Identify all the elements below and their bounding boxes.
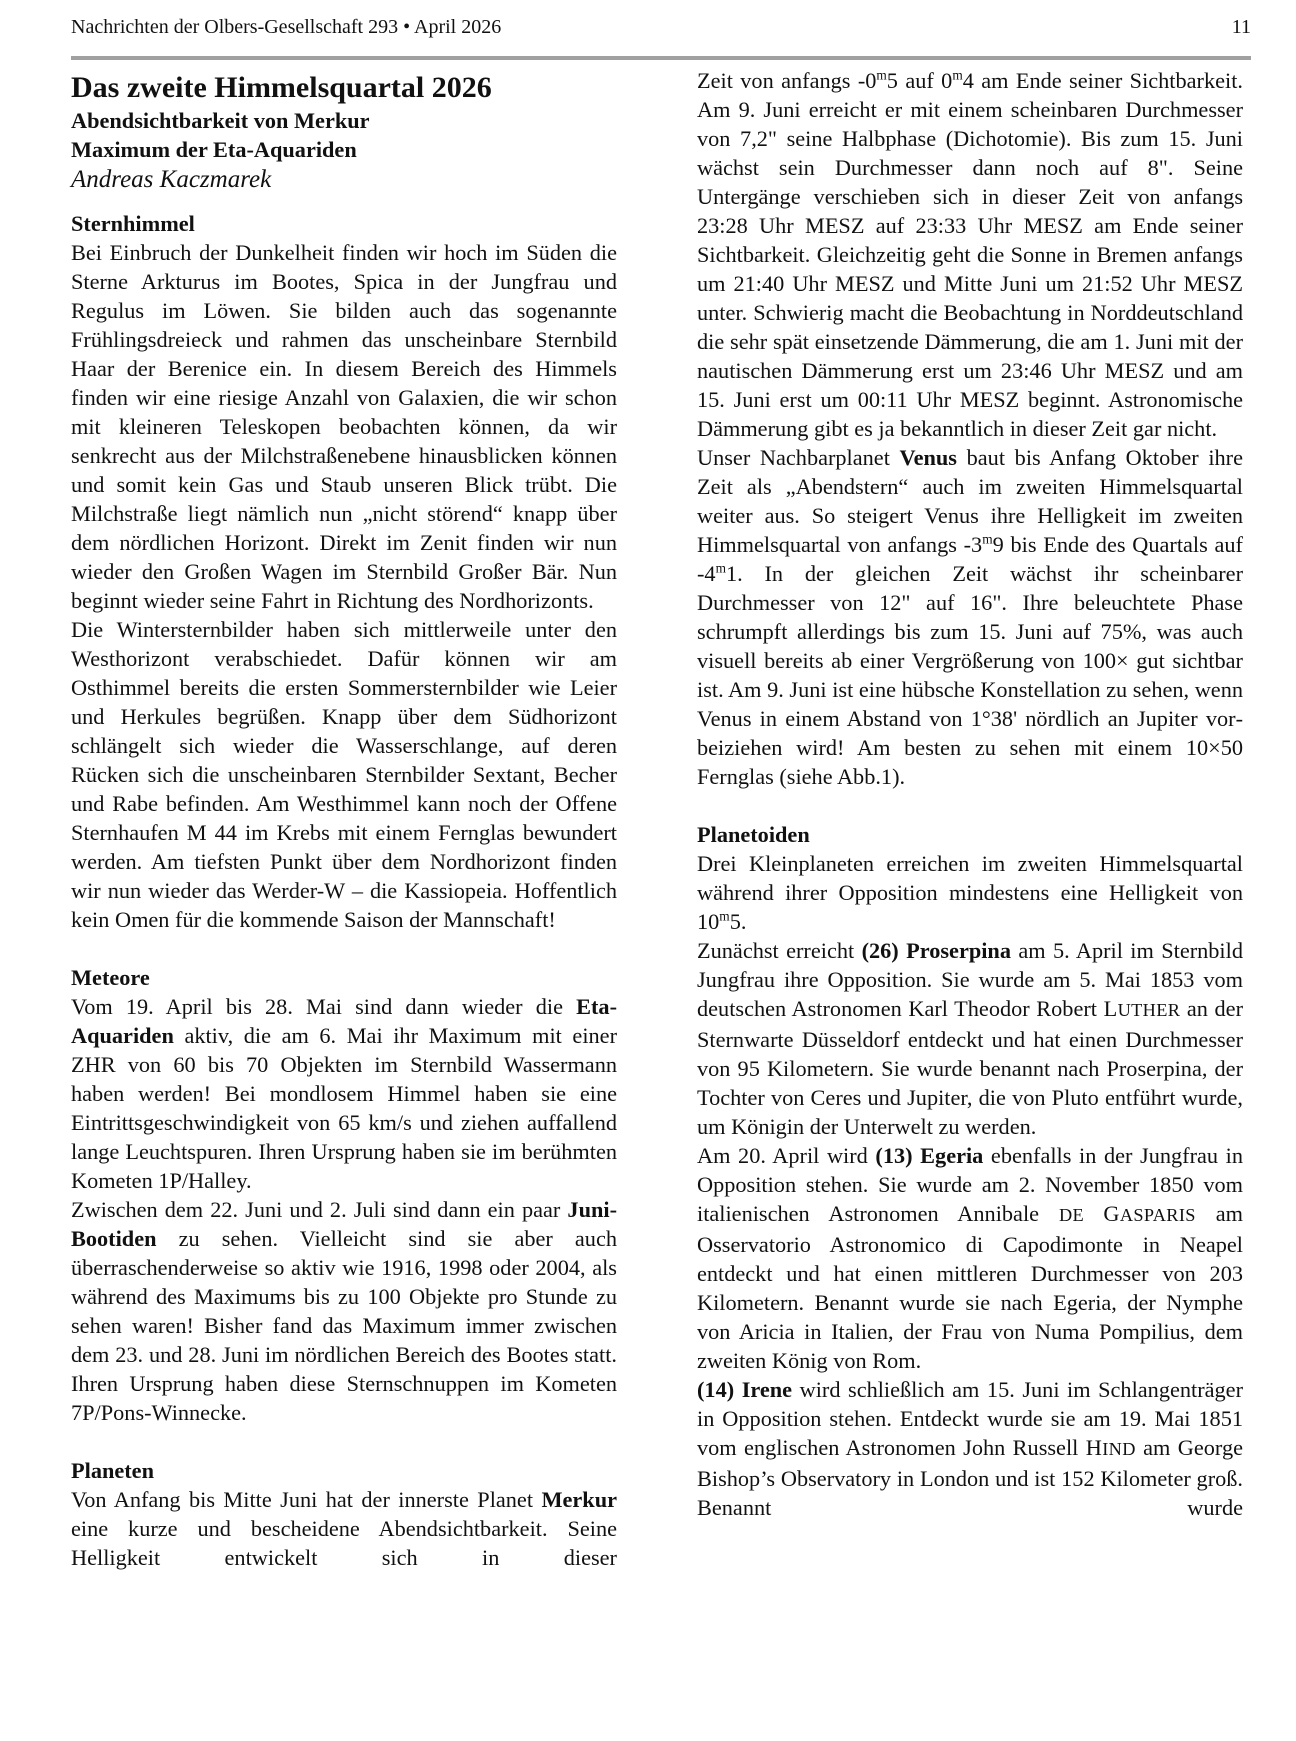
paragraph-merkur: Von Anfang bis Mitte Juni hat der inners… [71, 1485, 617, 1572]
paragraph: Die Wintersternbilder haben sich mittler… [71, 615, 617, 934]
proserpina-term: (26) Proserpina [862, 938, 1011, 963]
article-subtitle-1: Abendsichtbarkeit von Merkur [71, 106, 617, 135]
paragraph-venus: Unser Nachbarplanet Venus baut bis Anfan… [697, 443, 1243, 791]
venus-term: Venus [900, 445, 957, 470]
issue-date: April 2026 [414, 16, 501, 38]
article-subtitle-2: Maximum der Eta-Aquariden [71, 135, 617, 164]
egeria-term: (13) Egeria [875, 1143, 983, 1168]
column-right: Zeit von anfangs -0m5 auf 0m4 am Ende se… [697, 66, 1243, 1522]
paragraph-merkur-continued: Zeit von anfangs -0m5 auf 0m4 am Ende se… [697, 66, 1243, 443]
paragraph: Bei Einbruch der Dunkelheit finden wir h… [71, 238, 617, 615]
section-heading-planeten: Planeten [71, 1456, 617, 1485]
article-title: Das zweite Himmelsquartal 2026 [71, 70, 617, 106]
paragraph-proserpina: Zunächst erreicht (26) Proserpina am 5. … [697, 936, 1243, 1141]
paragraph: Vom 19. April bis 28. Mai sind dann wied… [71, 992, 617, 1195]
article-author: Andreas Kaczmarek [71, 164, 617, 195]
paragraph-egeria: Am 20. April wird (13) Egeria ebenfalls … [697, 1141, 1243, 1375]
bullet-separator: • [403, 16, 410, 38]
publication-name: Nachrichten der Olbers-Gesellschaft 293 [71, 16, 398, 38]
running-header-title: Nachrichten der Olbers-Gesellschaft 293 … [71, 12, 501, 42]
column-left: Das zweite Himmelsquartal 2026 Abendsich… [71, 66, 617, 1572]
paragraph: Drei Kleinplaneten erreichen im zweiten … [697, 849, 1243, 936]
paragraph-irene: (14) Irene wird schließlich am 15. Juni … [697, 1375, 1243, 1522]
section-heading-sternhimmel: Sternhimmel [71, 209, 617, 238]
irene-term: (14) Irene [697, 1377, 792, 1402]
page-number: 11 [1232, 12, 1251, 42]
section-heading-planetoiden: Planetoiden [697, 820, 1243, 849]
running-header: Nachrichten der Olbers-Gesellschaft 293 … [71, 12, 1251, 42]
section-heading-meteore: Meteore [71, 963, 617, 992]
header-divider [71, 56, 1251, 60]
merkur-term: Merkur [541, 1487, 617, 1512]
paragraph: Zwischen dem 22. Juni und 2. Juli sind d… [71, 1195, 617, 1427]
